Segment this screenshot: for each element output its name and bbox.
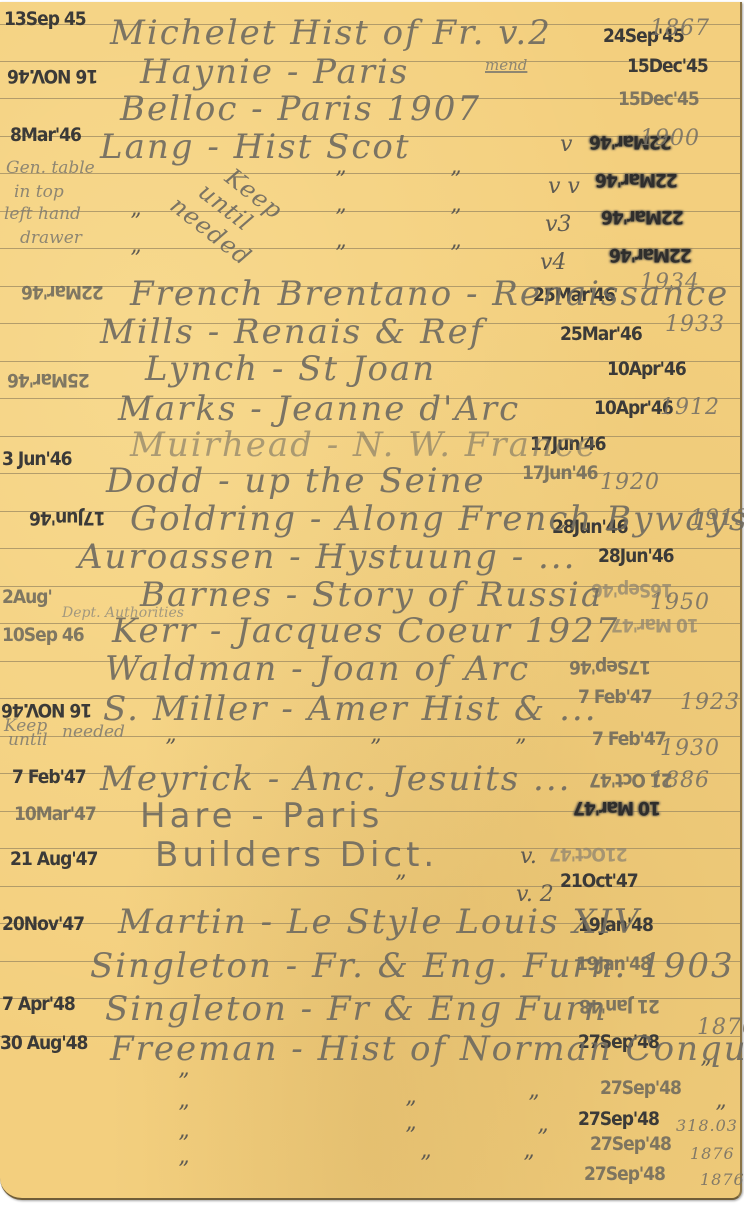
margin-number: 1876 bbox=[697, 1017, 744, 1039]
date-stamp: 10Apr'46 bbox=[607, 360, 686, 379]
inverted-date-stamp: 22Mar'46 bbox=[610, 245, 692, 264]
ditto-mark: ” bbox=[178, 1070, 189, 1095]
margin-number: 1934 bbox=[640, 272, 700, 294]
library-loan-card: 13Sep 458Mar'463 Jun'462Aug'10Sep 467 Fe… bbox=[0, 2, 742, 1200]
book-entry: Haynie - Paris bbox=[140, 55, 409, 89]
book-entry: Michelet Hist of Fr. v.2 bbox=[110, 16, 552, 50]
note-line: left hand bbox=[4, 206, 81, 223]
date-stamp: 21 Aug'47 bbox=[10, 850, 97, 869]
ditto-mark: ” bbox=[700, 1058, 711, 1083]
book-entry: Meyrick - Anc. Jesuits ... bbox=[100, 762, 571, 796]
book-entry: Singleton - Fr. & Eng. Furn. 1903 bbox=[90, 949, 735, 983]
ditto-mark: ” bbox=[450, 242, 461, 267]
book-entry: Kerr - Jacques Coeur 1927 bbox=[112, 614, 619, 648]
date-stamp: 7 Feb'47 bbox=[592, 730, 666, 749]
ditto-mark: ” bbox=[395, 872, 406, 897]
margin-number: 1867 bbox=[650, 18, 710, 40]
book-entry: Lang - Hist Scot bbox=[100, 130, 411, 164]
book-entry: Mills - Renais & Ref bbox=[100, 315, 484, 349]
book-entry: Dodd - up the Seine bbox=[106, 464, 486, 498]
date-stamp: 17Jun'46 bbox=[522, 464, 598, 483]
ditto-mark: ” bbox=[335, 242, 346, 267]
check-mark: v4 bbox=[540, 250, 566, 275]
check-mark: v bbox=[560, 132, 572, 157]
inverted-date-stamp: 21Oct'47 bbox=[550, 844, 628, 863]
ditto-mark: ” bbox=[178, 1132, 189, 1157]
mend-annotation: mend bbox=[485, 58, 527, 73]
ditto-mark: ” bbox=[178, 1102, 189, 1127]
date-stamp: 28Jun'46 bbox=[598, 547, 674, 566]
date-stamp: 7 Apr'48 bbox=[2, 995, 75, 1014]
ditto-mark: ” bbox=[335, 168, 346, 193]
ditto-mark: ” bbox=[715, 1102, 726, 1127]
margin-number: 1933 bbox=[665, 314, 725, 336]
date-stamp: 27Sep'48 bbox=[584, 1165, 665, 1184]
volume-mark: v. bbox=[520, 844, 537, 869]
ditto-mark: ” bbox=[528, 1092, 539, 1117]
date-stamp: 27Sep'48 bbox=[600, 1079, 681, 1098]
ditto-mark: ” bbox=[370, 736, 381, 761]
inverted-date-stamp: 10 Mar'47 bbox=[574, 798, 661, 817]
book-entry: Auroassen - Hystuung - ... bbox=[78, 540, 576, 574]
margin-number: 1886 bbox=[650, 770, 710, 792]
date-stamp: 7 Feb'47 bbox=[12, 768, 86, 787]
note-line: until bbox=[8, 732, 48, 749]
book-entry: Martin - Le Style Louis XIV bbox=[118, 905, 641, 939]
ditto-mark: ” bbox=[130, 210, 141, 235]
note-line: in top bbox=[14, 184, 64, 201]
book-entry: Marks - Jeanne d'Arc bbox=[118, 392, 520, 426]
ditto-mark: ” bbox=[450, 168, 461, 193]
book-entry: Goldring - Along French Byways bbox=[130, 502, 744, 536]
note-line: Gen. table bbox=[6, 160, 95, 177]
book-entry: Hare - Paris bbox=[140, 799, 383, 833]
ditto-mark: ” bbox=[420, 1152, 431, 1177]
book-entry: Builders Dict. bbox=[155, 838, 438, 872]
date-stamp: 8Mar'46 bbox=[10, 126, 81, 145]
inverted-date-stamp: 17Sep'46 bbox=[570, 657, 651, 676]
ditto-mark: ” bbox=[523, 1152, 534, 1177]
ditto-mark: ” bbox=[405, 1098, 416, 1123]
date-stamp: 3 Jun'46 bbox=[2, 450, 72, 469]
book-entry: Belloc - Paris 1907 bbox=[120, 92, 481, 126]
margin-number: 1913 bbox=[690, 508, 744, 530]
date-stamp: 15Dec'45 bbox=[627, 57, 708, 76]
date-stamp: 30 Aug'48 bbox=[0, 1034, 87, 1053]
margin-number: 1920 bbox=[600, 472, 660, 494]
book-entry: Waldman - Joan of Arc bbox=[105, 652, 530, 686]
inverted-date-stamp: 22Mar'46 bbox=[22, 282, 104, 301]
date-stamp: 20Nov'47 bbox=[2, 915, 84, 934]
margin-number: 1950 bbox=[650, 592, 710, 614]
margin-number: 1923 bbox=[680, 692, 740, 714]
inverted-date-stamp: 22Mar'46 bbox=[596, 170, 678, 189]
date-stamp: 15Dec'45 bbox=[618, 90, 699, 109]
check-mark: v v bbox=[548, 174, 580, 199]
ditto-mark: ” bbox=[537, 1126, 548, 1151]
inverted-date-stamp: 16 NOV.46 bbox=[8, 66, 98, 85]
book-entry: S. Miller - Amer Hist & ... bbox=[103, 692, 598, 726]
book-entry: Singleton - Fr & Eng Furn bbox=[105, 992, 608, 1026]
date-stamp: 25Mar'46 bbox=[560, 325, 642, 344]
ditto-mark: ” bbox=[405, 1124, 416, 1149]
volume-mark: v. 2 bbox=[516, 882, 554, 907]
dept-note: Dept. Authorities bbox=[62, 606, 184, 620]
inverted-date-stamp: 10 Mar'47 bbox=[612, 615, 699, 634]
note-line: drawer bbox=[20, 230, 82, 247]
check-mark: v3 bbox=[545, 212, 571, 237]
date-stamp: 21Oct'47 bbox=[560, 872, 638, 891]
date-stamp: 27Sep'48 bbox=[590, 1135, 671, 1154]
ditto-mark: ” bbox=[165, 736, 176, 761]
keep-until-needed-note: Keep until needed bbox=[176, 152, 295, 267]
book-entry: Muirhead - N. W. France bbox=[130, 428, 598, 462]
ditto-mark: ” bbox=[450, 206, 461, 231]
margin-number: 1912 bbox=[660, 397, 720, 419]
ditto-mark: ” bbox=[335, 206, 346, 231]
note-line: needed bbox=[62, 724, 125, 741]
date-stamp: 10Sep 46 bbox=[2, 626, 84, 645]
margin-number: 1930 bbox=[660, 738, 720, 760]
margin-number: 318.03 bbox=[676, 1118, 738, 1134]
inverted-date-stamp: 17Jun'46 bbox=[30, 508, 106, 527]
ditto-mark: ” bbox=[178, 1158, 189, 1183]
margin-number: 1876 bbox=[690, 1146, 735, 1162]
book-entry: Freeman - Hist of Norman Conquest bbox=[110, 1032, 744, 1066]
date-stamp: 2Aug' bbox=[2, 588, 52, 607]
inverted-date-stamp: 25Mar'46 bbox=[8, 370, 90, 389]
date-stamp: 27Sep'48 bbox=[578, 1110, 659, 1129]
date-stamp: 13Sep 45 bbox=[4, 10, 86, 29]
date-stamp: 10Mar'47 bbox=[14, 805, 96, 824]
book-entry: Lynch - St Joan bbox=[145, 352, 436, 386]
book-entry: Barnes - Story of Russia bbox=[140, 578, 603, 612]
ditto-mark: ” bbox=[515, 736, 526, 761]
inverted-date-stamp: 22Mar'46 bbox=[602, 207, 684, 226]
margin-number: 1900 bbox=[640, 128, 700, 150]
ditto-mark: ” bbox=[130, 247, 141, 272]
margin-number: 1876 bbox=[700, 1172, 744, 1188]
